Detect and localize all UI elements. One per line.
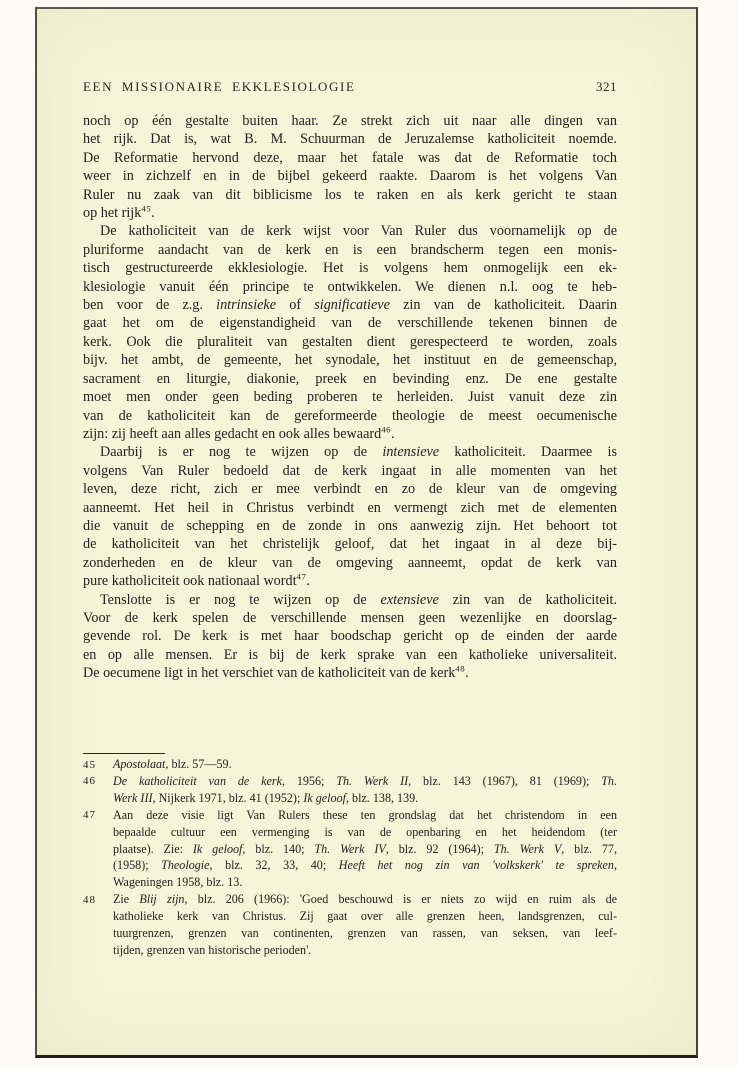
- text-line: volgens Van Ruler bedoeld dat de kerk in…: [83, 462, 617, 480]
- text-line: kerk. Ook die pluraliteit van gestalten …: [83, 333, 617, 351]
- text-line: Ruler nu zaak van dit biblicisme los te …: [83, 186, 617, 204]
- book-page: EEN MISSIONAIRE EKKLESIOLOGIE 321 noch o…: [35, 7, 698, 1058]
- body-text: noch op één gestalte buiten haar. Ze str…: [83, 112, 617, 683]
- footnote-separator: [83, 753, 165, 754]
- footnote-line: De katholiciteit van de kerk, 1956; Th. …: [113, 773, 617, 790]
- footnote-line: Werk III, Nijkerk 1971, blz. 41 (1952); …: [113, 790, 617, 807]
- text-line: ben voor de z.g. intrinsieke of signific…: [83, 296, 617, 314]
- footnote-number: 47: [83, 807, 96, 824]
- text-line: Voor de kerk spelen de verschillende men…: [83, 609, 617, 627]
- text-line: de katholiciteit van het christelijk gel…: [83, 535, 617, 553]
- text-line: moet men onder geen beding proberen te h…: [83, 388, 617, 406]
- text-line: die vanuit de schepping en de zonde in o…: [83, 517, 617, 535]
- footnote-line: Wageningen 1958, blz. 13.: [113, 874, 617, 891]
- footnote-line: katholieke kerk van Christus. Zij gaat o…: [113, 908, 617, 925]
- text-line: De Reformatie hervond deze, maar het fat…: [83, 149, 617, 167]
- text-line: sacrament en liturgie, diakonie, preek e…: [83, 370, 617, 388]
- text-line: leven, deze richt, zich er mee verbindt …: [83, 480, 617, 498]
- footnote-line: plaatse). Zie: Ik geloof, blz. 140; Th. …: [113, 841, 617, 858]
- text-line: het rijk. Dat is, wat B. M. Schuurman de…: [83, 130, 617, 148]
- text-line: gevende rol. De kerk is met haar boodsch…: [83, 627, 617, 645]
- footnote-line: tijden, grenzen van historische perioden…: [113, 942, 617, 959]
- text-line: pure katholiciteit ook nationaal wordt47…: [83, 572, 617, 590]
- footnote: 47Aan deze visie ligt Van Rulers these t…: [83, 807, 617, 892]
- text-line: weer in zichzelf en in de bijbel gekeerd…: [83, 167, 617, 185]
- footnote-line: bepaalde cultuur een vermenging is van d…: [113, 824, 617, 841]
- text-line: zijn: zij heeft aan alles gedacht en ook…: [83, 425, 617, 443]
- footnote-line: Apostolaat, blz. 57—59.: [113, 756, 617, 773]
- footnotes: 45Apostolaat, blz. 57—59.46De katholicit…: [83, 756, 617, 959]
- footnote: 46De katholiciteit van de kerk, 1956; Th…: [83, 773, 617, 807]
- footnote-line: tuurgrenzen, grenzen van continenten, gr…: [113, 925, 617, 942]
- running-header: EEN MISSIONAIRE EKKLESIOLOGIE 321: [83, 79, 617, 95]
- text-line: en op alle mensen. Er is bij de kerk spr…: [83, 646, 617, 664]
- text-line: gaat het om de eigenstandigheid van de v…: [83, 314, 617, 332]
- text-line: Tenslotte is er nog te wijzen op de exte…: [83, 591, 617, 609]
- text-line: noch op één gestalte buiten haar. Ze str…: [83, 112, 617, 130]
- text-line: pluriforme aandacht van de kerk en is ee…: [83, 241, 617, 259]
- footnote-line: Aan deze visie ligt Van Rulers these ten…: [113, 807, 617, 824]
- running-title: EEN MISSIONAIRE EKKLESIOLOGIE: [83, 79, 356, 95]
- footnote: 48Zie Blij zijn, blz. 206 (1966): 'Goed …: [83, 891, 617, 959]
- text-line: klesiologie vanuit één principe te ontwi…: [83, 278, 617, 296]
- text-line: De katholiciteit van de kerk wijst voor …: [83, 222, 617, 240]
- text-line: op het rijk45.: [83, 204, 617, 222]
- footnote-number: 48: [83, 892, 96, 909]
- text-line: zonderheden en de kleur van de omgeving …: [83, 554, 617, 572]
- scanned-page-background: EEN MISSIONAIRE EKKLESIOLOGIE 321 noch o…: [0, 0, 738, 1068]
- footnote-line: (1958); Theologie, blz. 32, 33, 40; Heef…: [113, 857, 617, 874]
- text-line: Daarbij is er nog te wijzen op de intens…: [83, 443, 617, 461]
- text-line: bijv. het ambt, de gemeente, het synodal…: [83, 351, 617, 369]
- footnote-line: Zie Blij zijn, blz. 206 (1966): 'Goed be…: [113, 891, 617, 908]
- footnote-number: 45: [83, 757, 96, 774]
- page-number: 321: [596, 79, 617, 95]
- text-line: van de katholiciteit kan de gereformeerd…: [83, 407, 617, 425]
- footnote-number: 46: [83, 773, 96, 790]
- text-line: De oecumene ligt in het verschiet van de…: [83, 664, 617, 682]
- footnote: 45Apostolaat, blz. 57—59.: [83, 756, 617, 773]
- text-line: aanneemt. Het heil in Christus verbindt …: [83, 499, 617, 517]
- text-line: tisch gestructureerde ekklesiologie. Het…: [83, 259, 617, 277]
